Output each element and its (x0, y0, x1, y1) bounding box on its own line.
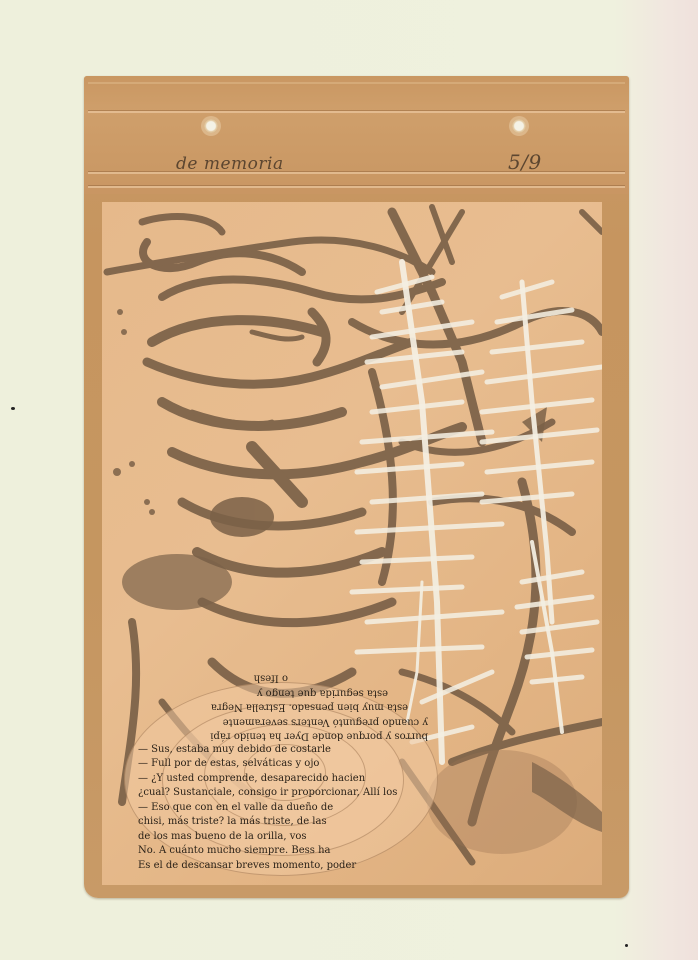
text-line: — Sus, estaba muy debido de costarle (138, 743, 428, 758)
woodcut-print-area: o Ifesh esta segurida que tengo y esta m… (102, 202, 602, 885)
text-line: chisi, más triste? la más triste, de las (138, 815, 428, 830)
text-line: de los mas bueno de la orilla, vos (138, 830, 428, 845)
edition-inscription: 5/9 (508, 150, 542, 174)
fold-line (88, 111, 625, 113)
spiral-text-collage: o Ifesh esta segurida que tengo y esta m… (124, 664, 436, 874)
collage-book-text: o Ifesh esta segurida que tengo y esta m… (138, 670, 428, 870)
text-line: esta muy bien pensado. Estrella Negra (138, 699, 428, 714)
title-inscription: de memoria (176, 154, 284, 174)
text-line: — Full por de estas, selváticas y ojo (138, 757, 428, 772)
eyelet-hole-left (204, 119, 218, 133)
text-line: esta segurida que tengo y (138, 685, 428, 700)
manila-tag-card: de memoria 5/9 (84, 76, 629, 898)
eyelet-hole-right (512, 119, 526, 133)
text-line: — Eso que con en el valle da dueño de (138, 801, 428, 816)
text-line: — ¿Y usted comprende, desaparecido hacie… (138, 772, 428, 787)
fold-line (88, 172, 625, 174)
text-line: No. A cuánto mucho siempre. Bess ha (138, 844, 428, 859)
text-line: y cuando preguntó Venters severamente (138, 714, 428, 729)
dust-speck (625, 944, 628, 947)
dust-speck (11, 407, 15, 410)
text-line: Es el de descansar breves momento, poder (138, 859, 428, 871)
fold-line (88, 82, 625, 84)
text-line: ¿cual? Sustanciale, consigo ir proporcio… (138, 786, 428, 801)
text-line: o Ifesh (138, 670, 428, 685)
fold-line (88, 186, 625, 188)
tag-header-strip: de memoria 5/9 (84, 76, 629, 194)
text-line: burros y porque donde Dyer ha tenido ráp… (138, 728, 428, 743)
